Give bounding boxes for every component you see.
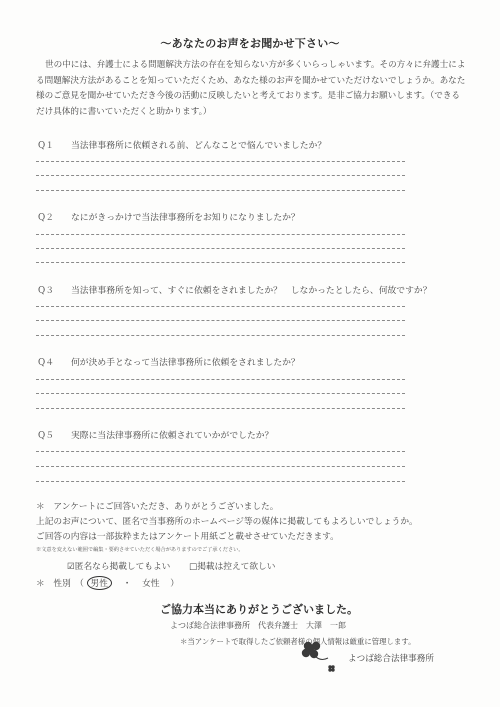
gender-field: ＊ 性別 （ 男性 ・ 女性 ）	[36, 576, 179, 590]
answer-line[interactable]	[36, 234, 405, 235]
option-label: 掲載は控えて欲しい	[197, 562, 275, 572]
intro-paragraph: 世の中には、弁護士による問題解決方法の存在を知らない方が多くいらっしゃいます。そ…	[36, 58, 466, 120]
option-no-publish[interactable]: □掲載は控えて欲しい	[189, 560, 275, 572]
question-text-3: 当法律事務所を知って、すぐに依頼をされましたか？ しなかったとしたら、何故ですか…	[71, 283, 432, 296]
question-number-3: Q３	[38, 283, 54, 296]
question-number-5: Q５	[38, 428, 54, 441]
answer-line[interactable]	[36, 481, 405, 482]
question-text-4: 何が決め手となって当法律事務所に依頼をされましたか？	[71, 355, 300, 368]
permission-question: 上記のお声について、匿名で当事務所のホームページ等の媒体に掲載してもよろしいでし…	[36, 515, 418, 527]
question-text-5: 実際に当法律事務所に依頼されていかがでしたか？	[71, 428, 273, 441]
question-text-2: なにがきっかけで当法律事務所をお知りになりましたか？	[71, 210, 300, 223]
question-text-1: 当法律事務所に依頼される前、どんなことで悩んでいましたか？	[71, 138, 326, 151]
four-leaf-clover-icon	[300, 640, 350, 680]
page-title: ～あなたのお声をお聞かせ下さい～	[0, 35, 500, 51]
answer-line[interactable]	[36, 466, 405, 467]
gender-separator: ・	[123, 577, 132, 589]
answer-line[interactable]	[36, 393, 405, 394]
question-number-2: Q２	[38, 210, 54, 223]
answer-line[interactable]	[36, 408, 405, 409]
option-anonymous-ok[interactable]: ☑匿名なら掲載してもよい	[67, 560, 170, 572]
question-number-1: Q１	[38, 138, 54, 151]
answer-line[interactable]	[36, 335, 405, 336]
checkbox-unchecked-icon[interactable]: □	[189, 562, 197, 572]
checkbox-checked-icon[interactable]: ☑	[67, 562, 75, 572]
answer-line[interactable]	[36, 451, 405, 452]
privacy-note: ＊当アンケートで取得したご依頼者様の個人情報は厳重に管理します。	[180, 636, 415, 647]
thanks-note: ＊ アンケートにご回答いただき、ありがとうございました。	[36, 500, 278, 512]
option-label: 匿名なら掲載してもよい	[75, 562, 171, 572]
gender-option-female[interactable]: 女性	[142, 577, 159, 589]
intro-text: 世の中には、弁護士による問題解決方法の存在を知らない方が多くいらっしゃいます。そ…	[36, 58, 466, 120]
answer-line[interactable]	[36, 161, 405, 162]
answer-line[interactable]	[36, 175, 405, 176]
answer-line[interactable]	[36, 248, 405, 249]
answer-line[interactable]	[36, 190, 405, 191]
answer-line[interactable]	[36, 306, 405, 307]
gender-option-male[interactable]: 男性	[87, 576, 112, 590]
question-number-4: Q４	[38, 355, 54, 368]
office-name: よつば総合法律事務所	[348, 652, 434, 664]
gender-suffix: ）	[170, 577, 179, 589]
editing-note: ※文意を変えない範囲で編集・要約させていただく場合がありますのでご了承ください。	[36, 546, 244, 553]
thank-you-message: ご協力本当にありがとうございました。	[160, 601, 358, 617]
answer-line[interactable]	[36, 262, 405, 263]
answer-line[interactable]	[36, 320, 405, 321]
gender-prefix: ＊ 性別 （	[36, 577, 84, 589]
signature: よつば総合法律事務所 代表弁護士 大澤 一郎	[170, 620, 346, 631]
answer-line[interactable]	[36, 379, 405, 380]
content-note: ご回答の内容は一部抜粋またはアンケート用紙ごと載せさせていただきます。	[36, 530, 339, 542]
